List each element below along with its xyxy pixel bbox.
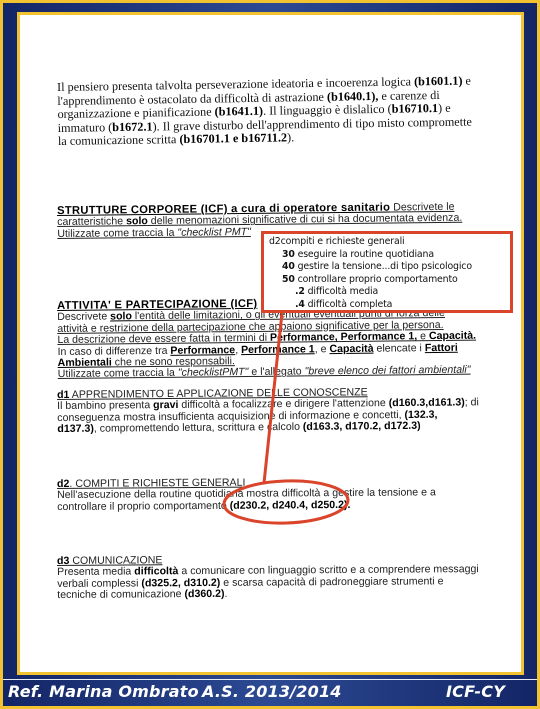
text-line: d137.3), compromettendo lettura, scrittu… bbox=[57, 420, 497, 435]
footer-school-year: A.S. 2013/2014 bbox=[202, 682, 342, 701]
callout-title: d2compiti e richieste generali bbox=[269, 236, 510, 249]
section-d2-compiti: d2. COMPITI E RICHIESTE GENERALI Nell'as… bbox=[57, 476, 497, 513]
callout-item: 30 eseguire la routine quotidiana bbox=[269, 249, 510, 262]
callout-item: 40 gestire la tensione...di tipo psicolo… bbox=[269, 261, 510, 274]
text-line: controllare il proprio comportamento (d2… bbox=[57, 499, 497, 513]
text-line: tecniche di comunicazione (d360.2). bbox=[57, 587, 497, 601]
footer-divider bbox=[3, 679, 537, 680]
text-line: Utilizzate come traccia la "checklistPMT… bbox=[58, 365, 498, 381]
section-d3-comunicazione: d3 COMUNICAZIONE Presenta media difficol… bbox=[57, 553, 497, 602]
body-functions-paragraph: Il pensiero presenta talvolta perseveraz… bbox=[57, 74, 518, 149]
callout-qualifier: .4 difficoltà completa bbox=[269, 299, 510, 312]
section-d1-apprendimento: d1 APPRENDIMENTO E APPLICAZIONE DELLE CO… bbox=[57, 386, 497, 435]
callout-box: d2compiti e richieste generali 30 esegui… bbox=[261, 231, 513, 313]
footer-author: Ref. Marina Ombrato bbox=[8, 682, 199, 701]
scanned-document-page: Il pensiero presenta talvolta perseveraz… bbox=[17, 12, 524, 675]
highlighted-codes: (d230.2, d240.4, d250.2). bbox=[230, 499, 351, 512]
callout-qualifier: .2 difficoltà media bbox=[269, 286, 510, 299]
callout-item: 50 controllare proprio comportamento bbox=[269, 274, 510, 287]
footer-classification: ICF-CY bbox=[446, 682, 505, 701]
